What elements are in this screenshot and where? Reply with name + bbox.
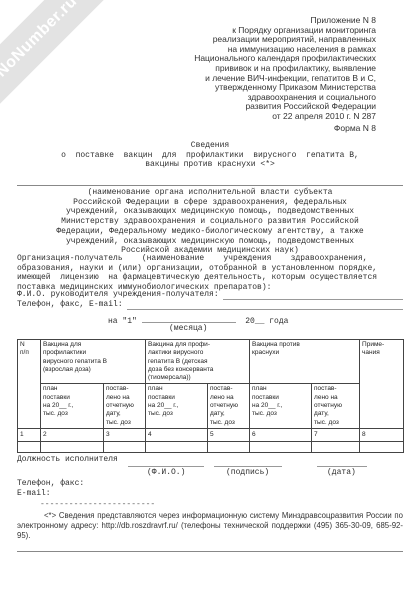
footnote-separator: ------------------------ (40, 500, 155, 510)
table-header-row: N п/п Вакцина для профилактики вирусного… (18, 340, 404, 384)
email-label: E-mail: (17, 489, 51, 499)
col-number-6: 6 (250, 428, 312, 441)
executor-fio-blank (128, 455, 204, 467)
empty-cell (208, 441, 250, 452)
issuer-note: (наименование органа исполнительной влас… (0, 188, 420, 256)
contact-field-row: Телефон, факс, E-mail: (17, 300, 403, 310)
fio-caption: (Ф.И.О.) (147, 468, 185, 478)
plan-subheader-hepb-adult: план поставки на 20__ г., тыс. доз (41, 384, 104, 428)
col-hepb-child-header: Вакцина для профи- лактики вирусного геп… (146, 340, 250, 384)
document-page: NoNumber.ru Приложение N 8 к Порядку орг… (0, 0, 420, 600)
empty-cell (250, 441, 312, 452)
month-blank-line (142, 314, 236, 323)
empty-cell (104, 441, 146, 452)
phone-fax-label: Телефон, факс: (17, 479, 84, 489)
date-prefix: на "1" (108, 317, 137, 326)
fio-label: Ф.И.О. руководителя учреждения-получател… (17, 290, 219, 300)
fio-field-row: Ф.И.О. руководителя учреждения-получател… (17, 290, 403, 300)
col-rubella-header: Вакцина против краснухи (250, 340, 360, 384)
executor-position-label: Должность исполнителя (17, 455, 118, 465)
empty-cell (146, 441, 208, 452)
sign-caption: (подпись) (226, 468, 269, 478)
footnote-text: <*> Сведения представляются через информ… (17, 511, 403, 541)
col-npp-header: N п/п (18, 340, 41, 429)
recipient-paragraph: Организация-получатель (наименование учр… (17, 254, 377, 293)
top-rule (17, 185, 403, 186)
col-number-4: 4 (146, 428, 208, 441)
empty-cell (41, 441, 104, 452)
delivered-subheader-hepb-child: постав- лено на отчетную дату, тыс. доз (208, 384, 250, 428)
watermark-band: NoNumber.ru (0, 0, 123, 123)
column-number-row: 1 2 3 4 5 6 7 8 (18, 428, 404, 441)
empty-cell (312, 441, 360, 452)
col-notes-header: Приме- чания (360, 340, 404, 429)
col-number-2: 2 (41, 428, 104, 441)
contact-blank-line (127, 300, 403, 310)
contact-label: Телефон, факс, E-mail: (17, 300, 123, 310)
plan-subheader-rubella: план поставки на 20__ г., тыс. доз (250, 384, 312, 428)
col-hepb-adult-header: Вакцина для профилактики вирусного гепат… (41, 340, 146, 384)
date-suffix: 20__ года (240, 317, 288, 326)
table-subheader-row: план поставки на 20__ г., тыс. доз поста… (18, 384, 404, 428)
empty-cell (18, 441, 41, 452)
plan-subheader-hepb-child: план поставки на 20__ г., тыс. доз (146, 384, 208, 428)
col-number-1: 1 (18, 428, 41, 441)
watermark-text: NoNumber.ru (0, 0, 81, 81)
form-number-label: Форма N 8 (334, 123, 376, 133)
month-caption: (месяца) (169, 324, 207, 334)
fio-blank-line (223, 290, 403, 300)
document-title: Сведения о поставке вакцин для профилакт… (0, 141, 420, 170)
col-number-3: 3 (104, 428, 146, 441)
delivered-subheader-rubella: постав- лено на отчетную дату, тыс. доз (312, 384, 360, 428)
executor-sign-blank (214, 455, 282, 467)
executor-date-blank (317, 455, 367, 467)
empty-cell (360, 441, 404, 452)
col-number-7: 7 (312, 428, 360, 441)
date-caption: (дата) (327, 468, 356, 478)
vaccine-supply-table: N п/п Вакцина для профилактики вирусного… (17, 339, 404, 453)
col-number-5: 5 (208, 428, 250, 441)
delivered-subheader-hepb-adult: постав- лено на отчетную дату, тыс. доз (104, 384, 146, 428)
bottom-rule (17, 551, 403, 552)
appendix-header: Приложение N 8 к Порядку организации мон… (194, 16, 376, 122)
col-number-8: 8 (360, 428, 404, 441)
empty-data-row (18, 441, 404, 452)
